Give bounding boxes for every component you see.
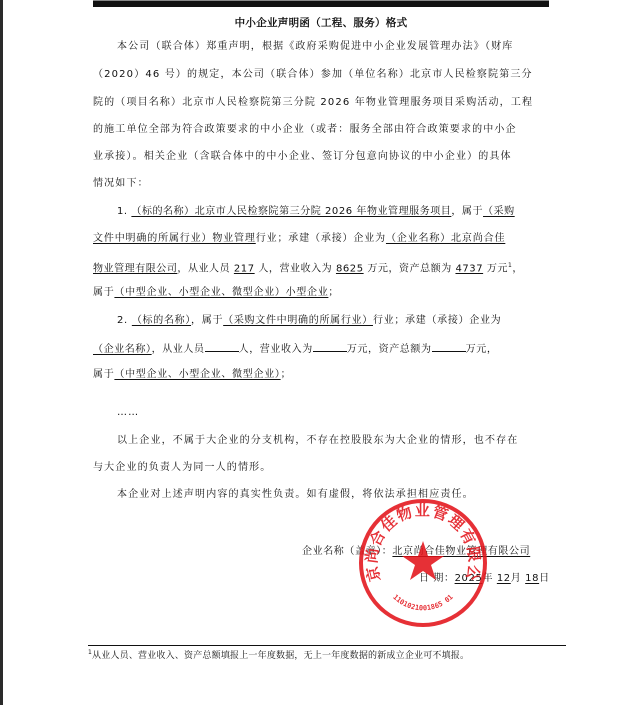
- footnote-divider: [88, 645, 566, 646]
- item2-subject: （标的名称）: [132, 315, 191, 326]
- item2-staff-suffix: 人，营业收入为: [239, 344, 313, 355]
- item2-industry: （采购文件中明确的所属行业）: [223, 315, 373, 326]
- item1-industry-suffix: 行业；承建（承接）企业为: [256, 233, 386, 244]
- item2-line-2: （企业名称），从业人员人，营业收入为万元，资产总额为万元，: [93, 341, 549, 357]
- item2-type-prefix: 属于: [93, 369, 114, 380]
- item1-type-value: （中型企业、小型企业、微型企业）小型企业: [114, 287, 328, 298]
- item2-belongs: ，属于: [191, 315, 223, 326]
- item1-revenue-suffix: 万元，资产总额为: [364, 263, 456, 274]
- item1-line-2: 文件中明确的所属行业）物业管理行业；承建（承接）企业为（企业名称）北京尚合佳: [93, 232, 549, 246]
- date-year-unit: 年: [482, 573, 493, 584]
- intro-line-4: 的施工单位全部为符合政策要求的中小企业（或者：服务全部由符合政策要求的中小企: [93, 123, 549, 137]
- item1-subject: （标的名称）北京市人民检察院第三分院 2026 年物业管理服务项目: [131, 206, 451, 217]
- date-day: 18: [525, 573, 539, 584]
- intro-line-5: 业承接）。相关企业（含联合体中的中小企业、签订分包意向协议的中小企业）的具体: [93, 150, 549, 164]
- item1-company-a: （企业名称）北京尚合佳: [386, 233, 505, 244]
- seal-code: 1101021001865 01: [391, 593, 454, 612]
- item1-revenue: 8625: [336, 263, 364, 274]
- item2-line-1: 2. （标的名称），属于（采购文件中明确的所属行业）行业；承建（承接）企业为: [93, 314, 573, 328]
- item2-revenue-suffix: 万元，资产总额为: [347, 344, 432, 355]
- footnote-text: 从业人员、营业收入、资产总额填报上一年度数据，无上一年度数据的新成立企业可不填报…: [92, 651, 469, 661]
- item1-industry-a: （采购: [483, 206, 515, 217]
- item2-line-3: 属于（中型企业、小型企业、微型企业）；: [93, 368, 549, 382]
- ellipsis: ……: [93, 406, 573, 420]
- item1-belongs: ，属于: [451, 206, 483, 217]
- item2-industry-suffix: 行业；承建（承接）企业为: [373, 315, 501, 326]
- svg-text:1101021001865 01: 1101021001865 01: [391, 593, 454, 612]
- item2-type-end: ；: [281, 369, 292, 380]
- signature-label: 企业名称（盖章）：: [302, 546, 392, 557]
- item1-line-3: 物业管理有限公司，从业人员 217 人，营业收入为 8625 万元，资产总额为 …: [93, 259, 549, 276]
- item1-company-b: 物业管理有限公司: [93, 263, 177, 274]
- date-day-unit: 日: [539, 573, 550, 584]
- page-title: 中小企业声明函（工程、服务）格式: [93, 15, 549, 30]
- date-month-unit: 月: [511, 573, 522, 584]
- item1-type-end: ；: [328, 287, 339, 298]
- date-label: 日 期：: [419, 573, 455, 584]
- item1-line-4: 属于（中型企业、小型企业、微型企业）小型企业；: [93, 286, 549, 300]
- item1-line-1: 1. （标的名称）北京市人民检察院第三分院 2026 年物业管理服务项目，属于（…: [93, 205, 573, 219]
- item2-assets-suffix: 万元，: [466, 344, 498, 355]
- intro-line-2: （2020）46 号）的规定，本公司（联合体）参加（单位名称）北京市人民检察院第…: [93, 68, 549, 82]
- date-line: 日 期：2025年 12月 18日: [419, 569, 550, 584]
- item2-type-value: （中型企业、小型企业、微型企业）: [114, 369, 280, 380]
- intro-line-3: 院的（项目名称）北京市人民检察院第三分院 2026 年物业管理服务项目采购活动，…: [93, 96, 549, 110]
- item1-staff-prefix: ，从业人员: [177, 263, 233, 274]
- page-top-rule: [93, 0, 549, 7]
- intro-line-1: 本公司（联合体）郑重声明，根据《政府采购促进中小企业发展管理办法》（财库: [93, 40, 573, 54]
- item1-industry-b: 文件中明确的所属行业）物业管理: [93, 233, 256, 244]
- signature-company: 北京尚合佳物业管理有限公司: [392, 546, 530, 557]
- item1-assets-suffix: 万元: [483, 263, 508, 274]
- item2-number: 2.: [117, 315, 128, 326]
- item1-assets-end: ，: [512, 263, 523, 274]
- closing-line-1: 以上企业，不属于大企业的分支机构，不存在控股股东为大企业的情形，也不存在: [93, 434, 573, 448]
- item1-staff-suffix: 人，营业收入为: [255, 263, 336, 274]
- footnote: 1从业人员、营业收入、资产总额填报上一年度数据，无上一年度数据的新成立企业可不填…: [88, 648, 469, 661]
- date-year: 2025: [455, 573, 483, 584]
- item2-staff-prefix: ，从业人员: [152, 344, 205, 355]
- company-seal-icon: 北京尚合佳物业管理有限公司 1101021001865 01: [357, 497, 489, 629]
- closing-line-2: 与大企业的负责人为同一人的情形。: [93, 461, 549, 475]
- item2-staff-blank[interactable]: [205, 341, 239, 352]
- item2-assets-blank[interactable]: [432, 341, 466, 352]
- window-left-border: [0, 0, 3, 705]
- item1-type-prefix: 属于: [93, 287, 114, 298]
- item2-company: （企业名称）: [93, 344, 152, 355]
- item1-number: 1.: [117, 206, 128, 217]
- responsibility-line: 本企业对上述声明内容的真实性负责。如有虚假，将依法承担相应责任。: [93, 488, 573, 502]
- item1-staff-count: 217: [234, 263, 255, 274]
- intro-line-6: 情况如下：: [93, 177, 549, 191]
- signature-line: 企业名称（盖章）：北京尚合佳物业管理有限公司: [302, 542, 530, 557]
- item1-assets: 4737: [455, 263, 483, 274]
- item2-revenue-blank[interactable]: [313, 341, 347, 352]
- date-month: 12: [497, 573, 511, 584]
